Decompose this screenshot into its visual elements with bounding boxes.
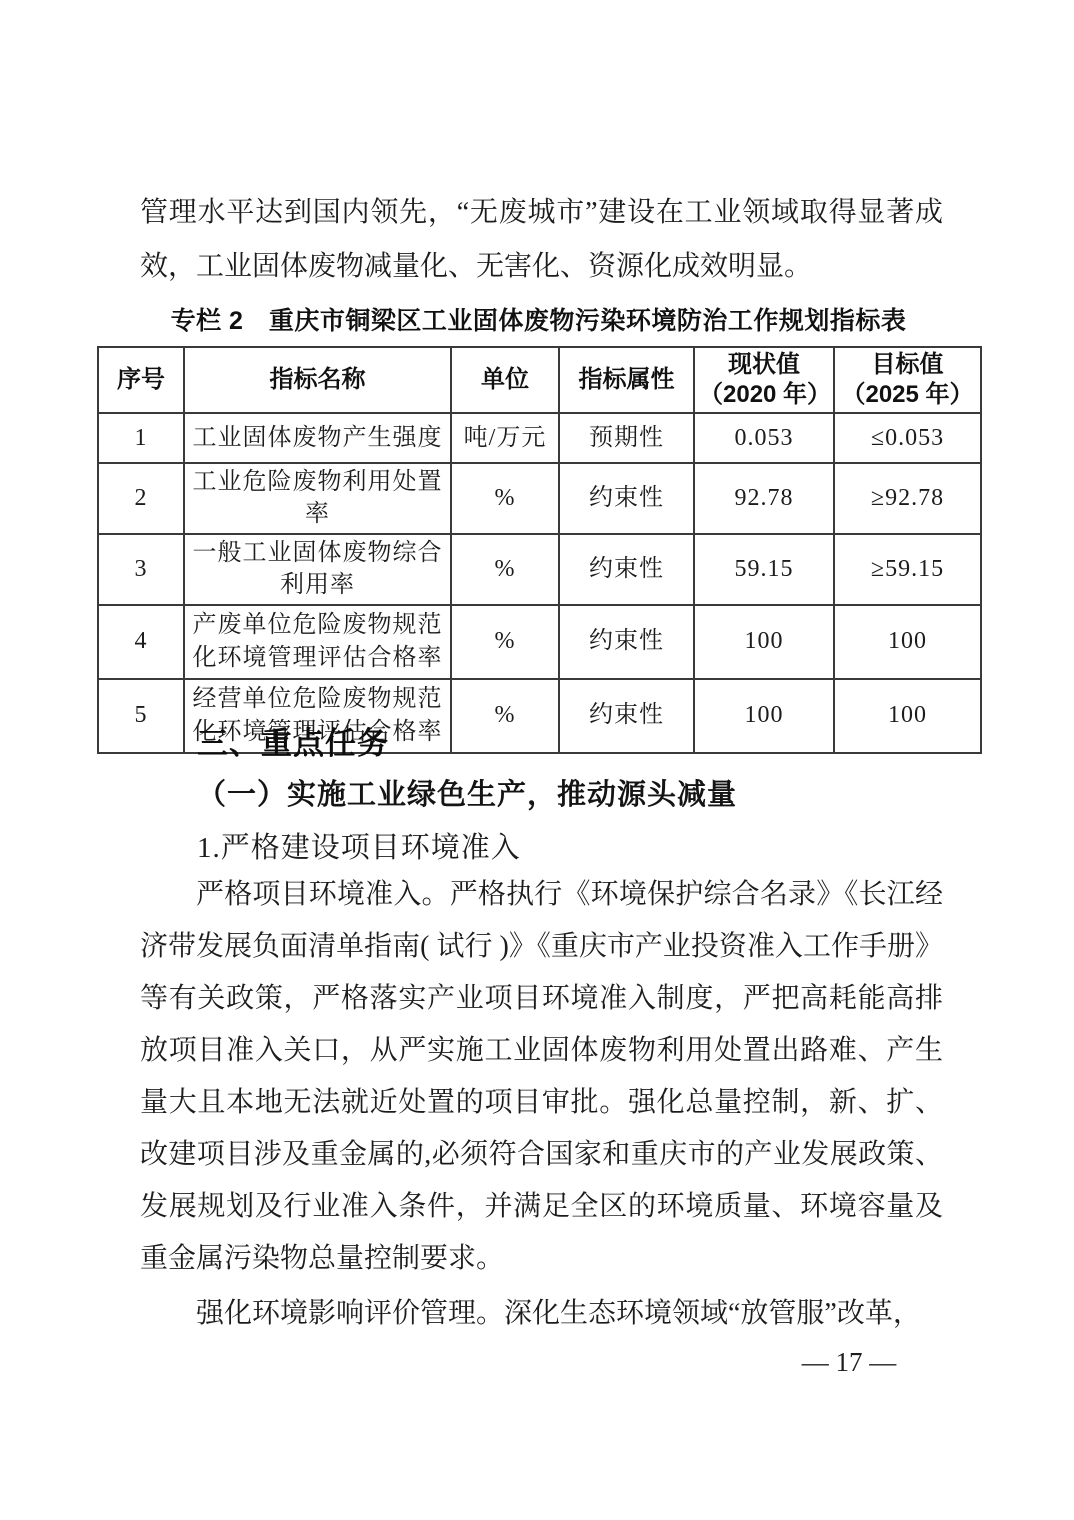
cell-current: 59.15 — [694, 534, 834, 605]
cell-current: 100 — [694, 679, 834, 753]
cell-no: 4 — [98, 605, 184, 679]
header-label: 指标名称 — [270, 366, 366, 393]
cell-no: 1 — [98, 413, 184, 463]
header-cell-current: 现状值 （2020 年） — [694, 347, 834, 413]
cell-no: 2 — [98, 463, 184, 534]
cell-name: 产废单位危险废物规范化环境管理评估合格率 — [184, 605, 451, 679]
cell-attr: 预期性 — [559, 413, 694, 463]
table-row: 1工业固体废物产生强度吨/万元预期性0.053≤0.053 — [98, 413, 981, 463]
cell-attr: 约束性 — [559, 463, 694, 534]
header-cell-no: 序号 — [98, 347, 184, 413]
cell-target: ≤0.053 — [834, 413, 981, 463]
cell-name: 工业固体废物产生强度 — [184, 413, 451, 463]
item-heading: 1.严格建设项目环境准入 — [197, 825, 521, 866]
header-label: 指标属性 — [579, 366, 675, 393]
cell-unit: 吨/万元 — [451, 413, 559, 463]
indicator-table: 序号 指标名称 单位 指标属性 现状值 （2020 年） 目标值 （2025 年 — [97, 346, 982, 754]
cell-unit: % — [451, 463, 559, 534]
header-label: 现状值 — [728, 351, 800, 378]
header-sublabel: （2020 年） — [699, 380, 829, 410]
cell-attr: 约束性 — [559, 605, 694, 679]
cell-current: 100 — [694, 605, 834, 679]
cell-attr: 约束性 — [559, 679, 694, 753]
cell-no: 3 — [98, 534, 184, 605]
page-number: — 17 — — [782, 1347, 916, 1378]
table-title: 专栏 2 重庆市铜梁区工业固体废物污染环境防治工作规划指标表 — [97, 301, 980, 337]
cell-unit: % — [451, 534, 559, 605]
cell-unit: % — [451, 605, 559, 679]
cell-name: 一般工业固体废物综合利用率 — [184, 534, 451, 605]
cell-target: ≥59.15 — [834, 534, 981, 605]
table-row: 3一般工业固体废物综合利用率%约束性59.15≥59.15 — [98, 534, 981, 605]
header-cell-target: 目标值 （2025 年） — [834, 347, 981, 413]
table-row: 4产废单位危险废物规范化环境管理评估合格率%约束性100100 — [98, 605, 981, 679]
indicator-table-body: 1工业固体废物产生强度吨/万元预期性0.053≤0.0532工业危险废物利用处置… — [98, 413, 981, 753]
header-label: 单位 — [481, 366, 529, 393]
cell-name: 工业危险废物利用处置率 — [184, 463, 451, 534]
subsection-heading: （一）实施工业绿色生产，推动源头减量 — [197, 772, 737, 813]
paragraph-strict-admission: 严格项目环境准入。严格执行《环境保护综合名录》《长江经济带发展负面清单指南( 试… — [140, 869, 943, 1285]
cell-unit: % — [451, 679, 559, 753]
cell-target: ≥92.78 — [834, 463, 981, 534]
cell-current: 92.78 — [694, 463, 834, 534]
header-label: 序号 — [117, 366, 165, 393]
cell-attr: 约束性 — [559, 534, 694, 605]
cell-target: 100 — [834, 605, 981, 679]
header-cell-attr: 指标属性 — [559, 347, 694, 413]
header-sublabel: （2025 年） — [839, 380, 976, 410]
table-header-row: 序号 指标名称 单位 指标属性 现状值 （2020 年） 目标值 （2025 年 — [98, 347, 981, 413]
header-cell-unit: 单位 — [451, 347, 559, 413]
cell-current: 0.053 — [694, 413, 834, 463]
intro-paragraph: 管理水平达到国内领先，“无废城市”建设在工业领域取得显著成效，工业固体废物减量化… — [140, 186, 943, 294]
cell-target: 100 — [834, 679, 981, 753]
section-heading: 三、重点任务 — [197, 718, 389, 763]
table-row: 2工业危险废物利用处置率%约束性92.78≥92.78 — [98, 463, 981, 534]
paragraph-eia: 强化环境影响评价管理。深化生态环境领域“放管服”改革， — [140, 1288, 943, 1340]
cell-no: 5 — [98, 679, 184, 753]
document-page: 管理水平达到国内领先，“无废城市”建设在工业领域取得显著成效，工业固体废物减量化… — [0, 0, 1074, 1520]
header-cell-name: 指标名称 — [184, 347, 451, 413]
header-label: 目标值 — [872, 351, 944, 378]
